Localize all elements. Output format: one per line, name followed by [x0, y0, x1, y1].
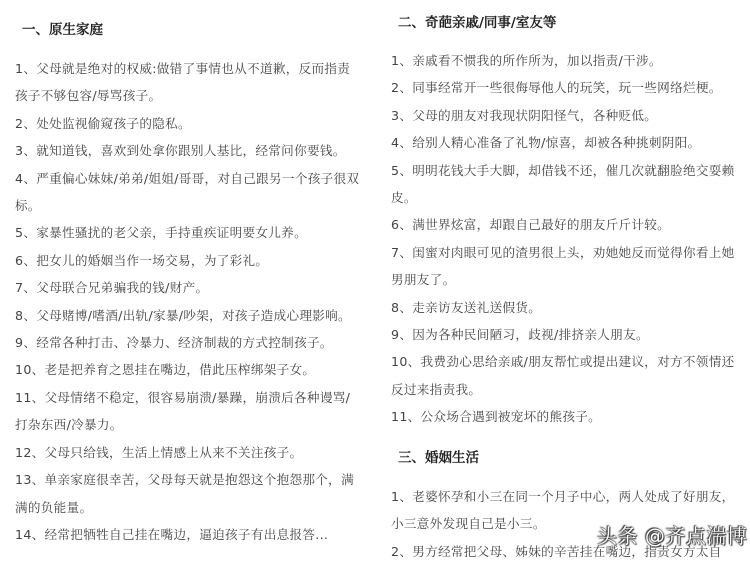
left-column: 一、原生家庭 1、父母就是绝对的权威:做错了事情也从不道歉，反而指责孩子不够包容… [15, 0, 360, 548]
list-item: 13、单亲家庭很幸苦，父母每天就是抱怨这个抱怨那个，满满的负能量。 [15, 466, 360, 521]
right-column: 二、奇葩亲戚/同事/室友等 1、亲戚看不惯我的所作所为，加以指责/干涉。 2、同… [391, 0, 741, 563]
section-family-of-origin: 一、原生家庭 1、父母就是绝对的权威:做错了事情也从不道歉，反而指责孩子不够包容… [15, 20, 360, 548]
list-item: 9、经常各种打击、冷暴力、经济制裁的方式控制孩子。 [15, 329, 360, 356]
list-item: 8、父母赌博/嗜酒/出轨/家暴/吵架，对孩子造成心理影响。 [15, 302, 360, 329]
list-item: 9、因为各种民间陋习，歧视/排挤亲人朋友。 [391, 321, 741, 348]
list-item: 2、处处监视偷窥孩子的隐私。 [15, 110, 360, 137]
list-item: 1、父母就是绝对的权威:做错了事情也从不道歉，反而指责孩子不够包容/辱骂孩子。 [15, 55, 360, 110]
list-item: 7、父母联合兄弟骗我的钱/财产。 [15, 274, 360, 301]
list-item: 5、明明花钱大手大脚，却借钱不还，催几次就翻脸绝交耍赖皮。 [391, 157, 741, 212]
list-item: 6、把女儿的婚姻当作一场交易，为了彩礼。 [15, 247, 360, 274]
section-heading: 二、奇葩亲戚/同事/室友等 [398, 13, 741, 33]
list-item: 4、给别人精心准备了礼物/惊喜，却被各种挑刺阴阳。 [391, 129, 741, 156]
list-item: 1、亲戚看不惯我的所作所为，加以指责/干涉。 [391, 47, 741, 74]
list-item: 12、父母只给钱，生活上情感上从来不关注孩子。 [15, 439, 360, 466]
section-heading: 一、原生家庭 [22, 20, 360, 40]
list-item: 10、老是把养育之恩挂在嘴边，借此压榨绑架子女。 [15, 356, 360, 383]
list-item: 4、严重偏心妹妹/弟弟/姐姐/哥哥，对自己跟另一个孩子很双标。 [15, 165, 360, 220]
list-item: 2、同事经常开一些很侮辱他人的玩笑，玩一些网络烂梗。 [391, 74, 741, 101]
list-item: 8、走亲访友送礼送假货。 [391, 294, 741, 321]
list-item: 3、父母的朋友对我现状阴阳怪气，各种贬低。 [391, 102, 741, 129]
watermark: 头条 @齐点湍博 [597, 520, 747, 549]
list-item: 6、满世界炫富，却跟自己最好的朋友斤斤计较。 [391, 211, 741, 238]
list-item: 7、闺蜜对肉眼可见的渣男很上头，劝她她反而觉得你看上她男朋友了。 [391, 239, 741, 294]
list-item: 3、就知道钱，喜欢到处拿你跟别人基比，经常问你要钱。 [15, 137, 360, 164]
section-heading: 三、婚姻生活 [398, 448, 741, 468]
list-item: 5、家暴性骚扰的老父亲，手持重疾证明要女儿养。 [15, 219, 360, 246]
list-item: 11、公众场合遇到被宠坏的熊孩子。 [391, 403, 741, 430]
list-item: 14、经常把牺牲自己挂在嘴边，逼迫孩子有出息报答... [15, 521, 360, 548]
section-relatives-coworkers: 二、奇葩亲戚/同事/室友等 1、亲戚看不惯我的所作所为，加以指责/干涉。 2、同… [391, 13, 741, 431]
list-item: 11、父母情绪不稳定，很容易崩溃/暴躁，崩溃后各种谩骂/打杂东西/冷暴力。 [15, 384, 360, 439]
list-item: 10、我费劲心思给亲戚/朋友帮忙或提出建议，对方不领情还反过来指责我。 [391, 348, 741, 403]
